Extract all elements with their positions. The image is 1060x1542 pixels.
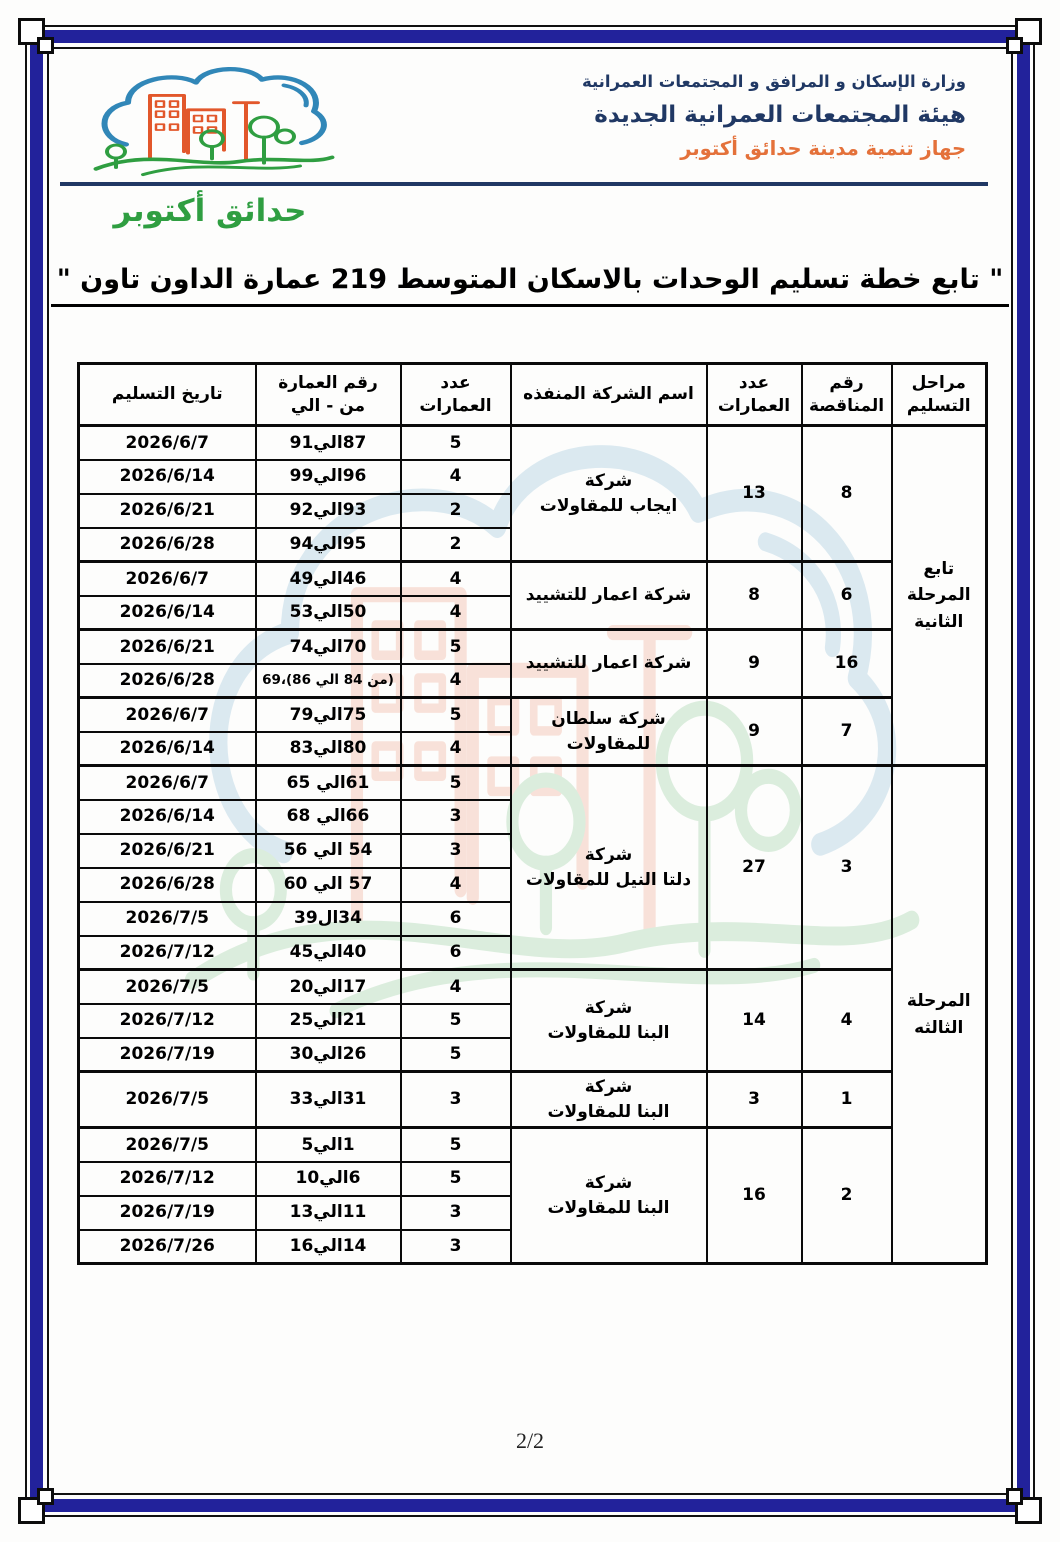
building-range-cell: 66الي 68 — [256, 800, 401, 834]
building-count-cell: 5 — [401, 1128, 511, 1162]
delivery-date-cell: 2026/6/21 — [79, 494, 256, 528]
company-cell: شركة سلطان للمقاولات — [511, 698, 707, 766]
delivery-date-cell: 2026/7/19 — [79, 1196, 256, 1230]
total-count-cell: 27 — [707, 766, 802, 970]
tender-number-cell: 2 — [802, 1128, 892, 1264]
building-count-cell: 4 — [401, 664, 511, 698]
building-range-cell: 75الي79 — [256, 698, 401, 732]
col-header-tender: رقم المناقصة — [802, 364, 892, 426]
tender-number-cell: 8 — [802, 426, 892, 562]
tender-number-cell: 6 — [802, 562, 892, 630]
building-count-cell: 6 — [401, 936, 511, 970]
tender-number-cell: 4 — [802, 970, 892, 1072]
building-count-cell: 5 — [401, 1162, 511, 1196]
company-cell: شركة البنا للمقاولات — [511, 1072, 707, 1128]
building-count-cell: 4 — [401, 970, 511, 1004]
building-count-cell: 5 — [401, 1004, 511, 1038]
building-range-cell: 80الي83 — [256, 732, 401, 766]
delivery-date-cell: 2026/7/5 — [79, 1128, 256, 1162]
building-range-cell: 50الي53 — [256, 596, 401, 630]
building-range-cell: 96الي99 — [256, 460, 401, 494]
building-count-cell: 3 — [401, 834, 511, 868]
building-range-cell: 93الي92 — [256, 494, 401, 528]
building-range-cell: 87الي91 — [256, 426, 401, 460]
delivery-date-cell: 2026/7/12 — [79, 1004, 256, 1038]
building-count-cell: 4 — [401, 596, 511, 630]
building-count-cell: 4 — [401, 460, 511, 494]
company-cell: شركة البنا للمقاولات — [511, 1128, 707, 1264]
company-cell: شركة اعمار للتشييد — [511, 562, 707, 630]
delivery-date-cell: 2026/7/5 — [79, 1072, 256, 1128]
document-title: " تابع خطة تسليم الوحدات بالاسكان المتوس… — [0, 264, 1060, 307]
company-cell: شركة دلتا النيل للمقاولات — [511, 766, 707, 970]
building-range-cell: 11الي13 — [256, 1196, 401, 1230]
delivery-date-cell: 2026/6/7 — [79, 562, 256, 596]
border-corner-ornament — [988, 12, 1048, 72]
building-count-cell: 3 — [401, 1196, 511, 1230]
company-cell: شركة البنا للمقاولات — [511, 970, 707, 1072]
building-count-cell: 5 — [401, 766, 511, 800]
ministry-name: وزارة الإسكان و المرافق و المجتمعات العم… — [582, 72, 966, 91]
delivery-date-cell: 2026/6/14 — [79, 596, 256, 630]
building-range-cell: (من 84 الي 86)،69 — [256, 664, 401, 698]
total-count-cell: 9 — [707, 698, 802, 766]
building-range-cell: 21الي25 — [256, 1004, 401, 1038]
table-row: 2 16 شركة البنا للمقاولات 5 1الي5 2026/7… — [79, 1128, 987, 1162]
building-range-cell: 31الي33 — [256, 1072, 401, 1128]
building-range-cell: 26الي30 — [256, 1038, 401, 1072]
total-count-cell: 8 — [707, 562, 802, 630]
table-row: 7 9 شركة سلطان للمقاولات 5 75الي79 2026/… — [79, 698, 987, 732]
building-count-cell: 6 — [401, 902, 511, 936]
authority-name: هيئة المجتمعات العمرانية الجديدة — [582, 102, 966, 128]
delivery-date-cell: 2026/6/21 — [79, 834, 256, 868]
table-row: تابع المرحلة الثانية 8 13 شركة ايجاب للم… — [79, 426, 987, 460]
total-count-cell: 13 — [707, 426, 802, 562]
delivery-date-cell: 2026/6/14 — [79, 800, 256, 834]
delivery-date-cell: 2026/6/7 — [79, 426, 256, 460]
delivery-date-cell: 2026/6/28 — [79, 868, 256, 902]
delivery-date-cell: 2026/7/12 — [79, 936, 256, 970]
table-row: المرحلة الثالثه 3 27 شركة دلتا النيل للم… — [79, 766, 987, 800]
delivery-date-cell: 2026/7/5 — [79, 902, 256, 936]
delivery-date-cell: 2026/6/21 — [79, 630, 256, 664]
delivery-date-cell: 2026/7/12 — [79, 1162, 256, 1196]
building-count-cell: 3 — [401, 1230, 511, 1264]
total-count-cell: 9 — [707, 630, 802, 698]
building-count-cell: 2 — [401, 528, 511, 562]
table-row: 4 14 شركة البنا للمقاولات 4 17الي20 2026… — [79, 970, 987, 1004]
total-count-cell: 16 — [707, 1128, 802, 1264]
delivery-schedule: مراحل التسليم رقم المناقصة عدد العمارات … — [77, 362, 988, 1265]
building-range-cell: 57 الي 60 — [256, 868, 401, 902]
phase-cell: المرحلة الثالثه — [892, 766, 987, 1264]
table-row: 6 8 شركة اعمار للتشييد 4 46الي49 2026/6/… — [79, 562, 987, 596]
company-cell: شركة اعمار للتشييد — [511, 630, 707, 698]
total-count-cell: 3 — [707, 1072, 802, 1128]
building-count-cell: 4 — [401, 732, 511, 766]
agency-name: جهاز تنمية مدينة حدائق أكتوبر — [582, 137, 966, 160]
hadayek-october-logo — [88, 58, 338, 184]
delivery-date-cell: 2026/6/14 — [79, 732, 256, 766]
building-range-cell: 17الي20 — [256, 970, 401, 1004]
border-corner-ornament — [12, 12, 72, 72]
building-count-cell: 3 — [401, 1072, 511, 1128]
delivery-date-cell: 2026/6/14 — [79, 460, 256, 494]
building-range-cell: 40الي45 — [256, 936, 401, 970]
col-header-date: تاريخ التسليم — [79, 364, 256, 426]
building-range-cell: 6الي10 — [256, 1162, 401, 1196]
building-count-cell: 5 — [401, 426, 511, 460]
building-count-cell: 5 — [401, 698, 511, 732]
delivery-date-cell: 2026/7/5 — [79, 970, 256, 1004]
building-range-cell: 95الي94 — [256, 528, 401, 562]
delivery-schedule-table: مراحل التسليم رقم المناقصة عدد العمارات … — [77, 362, 988, 1265]
col-header-company: اسم الشركة المنفذه — [511, 364, 707, 426]
table-row: 16 9 شركة اعمار للتشييد 5 70الي74 2026/6… — [79, 630, 987, 664]
delivery-date-cell: 2026/6/7 — [79, 698, 256, 732]
building-count-cell: 5 — [401, 630, 511, 664]
tender-number-cell: 3 — [802, 766, 892, 970]
delivery-date-cell: 2026/6/28 — [79, 664, 256, 698]
delivery-date-cell: 2026/7/19 — [79, 1038, 256, 1072]
building-range-cell: 46الي49 — [256, 562, 401, 596]
building-count-cell: 5 — [401, 1038, 511, 1072]
col-header-phase: مراحل التسليم — [892, 364, 987, 426]
building-range-cell: 14الي16 — [256, 1230, 401, 1264]
tender-number-cell: 1 — [802, 1072, 892, 1128]
building-range-cell: 54 الي 56 — [256, 834, 401, 868]
delivery-date-cell: 2026/7/26 — [79, 1230, 256, 1264]
building-range-cell: 70الي74 — [256, 630, 401, 664]
building-range-cell: 34ال39 — [256, 902, 401, 936]
total-count-cell: 14 — [707, 970, 802, 1072]
building-count-cell: 4 — [401, 868, 511, 902]
table-header-row: مراحل التسليم رقم المناقصة عدد العمارات … — [79, 364, 987, 426]
logo-caption: حدائق أكتوبر — [78, 193, 342, 229]
border-corner-ornament — [988, 1470, 1048, 1530]
page-number: 2/2 — [0, 1428, 1060, 1454]
phase-cell: تابع المرحلة الثانية — [892, 426, 987, 766]
delivery-date-cell: 2026/6/28 — [79, 528, 256, 562]
building-count-cell: 3 — [401, 800, 511, 834]
building-count-cell: 2 — [401, 494, 511, 528]
letterhead: وزارة الإسكان و المرافق و المجتمعات العم… — [582, 72, 966, 160]
border-corner-ornament — [12, 1470, 72, 1530]
col-header-count: عدد العمارات — [401, 364, 511, 426]
tender-number-cell: 7 — [802, 698, 892, 766]
tender-number-cell: 16 — [802, 630, 892, 698]
building-range-cell: 1الي5 — [256, 1128, 401, 1162]
table-row: 1 3 شركة البنا للمقاولات 3 31الي33 2026/… — [79, 1072, 987, 1128]
col-header-range: رقم العمارة من - الي — [256, 364, 401, 426]
header-divider-line — [60, 182, 988, 186]
col-header-total: عدد العمارات — [707, 364, 802, 426]
company-cell: شركة ايجاب للمقاولات — [511, 426, 707, 562]
building-count-cell: 4 — [401, 562, 511, 596]
delivery-date-cell: 2026/6/7 — [79, 766, 256, 800]
building-range-cell: 61الي 65 — [256, 766, 401, 800]
